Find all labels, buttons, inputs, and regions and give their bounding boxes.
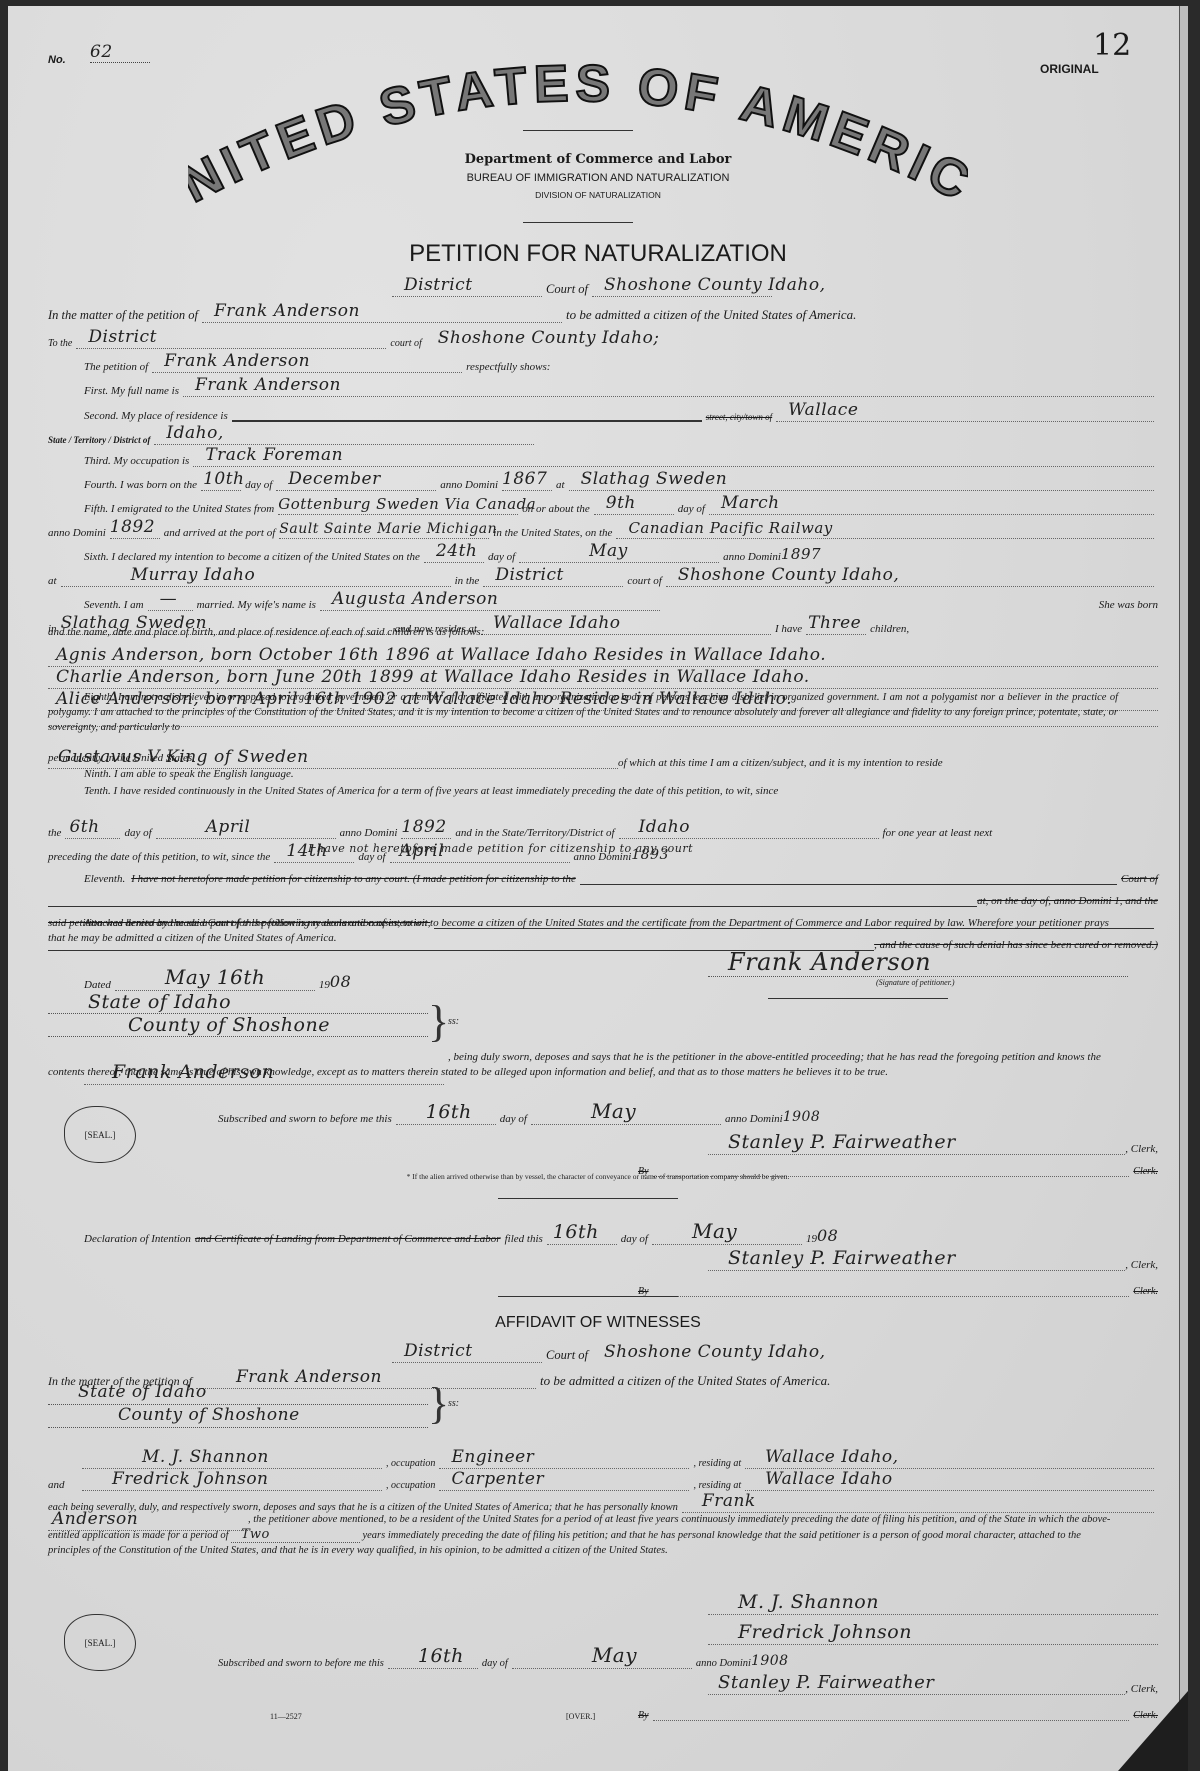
petitioner-signature-line: Frank Anderson xyxy=(708,952,1128,977)
declaration-line: Declaration of Intention and Certificate… xyxy=(84,1224,1158,1245)
divider xyxy=(523,222,633,223)
divider xyxy=(523,130,633,131)
decl-clerk-line: Stanley P. Fairweather , Clerk, xyxy=(708,1250,1158,1271)
witness-residence: Wallace Idaho xyxy=(765,1469,893,1489)
petitioner-signature: Frank Anderson xyxy=(728,948,931,976)
attached-clause: Attached hereto and made a part of this … xyxy=(48,916,1118,946)
children-intro: and the name, date and place of birth, a… xyxy=(48,626,484,638)
eleventh-struck-2: at, on the day of, anno Domini 1, and th… xyxy=(48,886,1158,907)
residence-city: Wallace xyxy=(788,400,858,420)
original-label: ORIGINAL xyxy=(1040,62,1099,76)
over-label: [OVER.] xyxy=(566,1712,595,1721)
eleventh-handwritten: I have not heretofore made petition for … xyxy=(308,842,693,855)
petitioner-name: Frank Anderson xyxy=(214,301,360,321)
department-label: Department of Commerce and Labor xyxy=(8,152,1188,167)
page-edge xyxy=(1179,6,1188,1771)
witness-residence: Wallace Idaho, xyxy=(765,1447,898,1467)
witness-name: M. J. Shannon xyxy=(142,1447,269,1467)
affidavit-deputy-line: By Clerk. xyxy=(638,1700,1158,1721)
clerk-signature: Stanley P. Fairweather xyxy=(728,1131,956,1153)
full-name: Frank Anderson xyxy=(195,375,341,395)
verification-oath: , being duly sworn, deposes and says tha… xyxy=(48,1050,1118,1080)
witness-name: Fredrick Johnson xyxy=(112,1469,269,1489)
verif-subscribed-line: Subscribed and sworn to before me this 1… xyxy=(218,1104,1098,1125)
seal: [SEAL.] xyxy=(64,1614,136,1671)
decl-deputy-line: By Clerk. xyxy=(638,1276,1158,1297)
decl-place-line: at Murray Idaho in the District court of… xyxy=(48,566,1158,587)
fourth-line: Fourth. I was born on the 10th day of De… xyxy=(84,470,1158,491)
wife-name: Augusta Anderson xyxy=(332,589,498,609)
divider xyxy=(498,1296,678,1297)
arrival-line: anno Domini 1892 and arrived at the port… xyxy=(48,518,1158,539)
witness-signature: M. J. Shannon xyxy=(738,1591,879,1613)
affidavit-court-line: District Court of Shoshone County Idaho, xyxy=(388,1342,1158,1363)
witness-occupation: Carpenter xyxy=(451,1469,544,1489)
ninth-clause: Ninth. I am able to speak the English la… xyxy=(84,768,294,780)
witness-row: M. J. Shannon , occupation Engineer , re… xyxy=(48,1448,1158,1469)
affidavit-title: AFFIDAVIT OF WITNESSES xyxy=(8,1314,1188,1332)
divider xyxy=(768,998,948,999)
petition-title: PETITION FOR NATURALIZATION xyxy=(8,240,1188,268)
dated-value: May 16th xyxy=(165,965,265,989)
child-row: Charlie Anderson, born June 20th 1899 at… xyxy=(48,668,1158,689)
affidavit-body: , the petitioner above mentioned, to be … xyxy=(48,1512,1118,1558)
form-number: 11—2527 xyxy=(270,1712,302,1721)
document-number: 62 xyxy=(90,42,150,63)
page-number: 12 xyxy=(1093,28,1131,63)
affidavit-clerk-line: Stanley P. Fairweather , Clerk, xyxy=(708,1674,1158,1695)
court-line: District Court of Shoshone County Idaho, xyxy=(388,276,1158,297)
occupation: Track Foreman xyxy=(205,445,343,465)
state-line: State / Territory / District of Idaho, xyxy=(48,424,1158,445)
witness-signature: Fredrick Johnson xyxy=(738,1621,912,1643)
sovereign-line: Gustavus V King of Sweden of which at th… xyxy=(48,748,1158,769)
document-number-label: No. xyxy=(48,54,66,66)
court-type: District xyxy=(404,275,473,295)
third-line: Third. My occupation is Track Foreman xyxy=(84,446,1158,467)
second-line: Second. My place of residence is street,… xyxy=(84,400,1158,422)
witness-signature-line: Fredrick Johnson xyxy=(708,1624,1158,1645)
dated-line: Dated May 16th 19 08 xyxy=(84,970,414,991)
footnote: * If the alien arrived otherwise than by… xyxy=(8,1172,1188,1181)
tenth-clause: Tenth. I have resided continuously in th… xyxy=(84,785,1118,797)
seal: [SEAL.] xyxy=(64,1106,136,1163)
verif-clerk-line: Stanley P. Fairweather , Clerk, xyxy=(708,1134,1158,1155)
child-row: Agnis Anderson, born October 16th 1896 a… xyxy=(48,646,1158,667)
residence-period: Two xyxy=(231,1527,360,1543)
division-label: DIVISION OF NATURALIZATION xyxy=(8,190,1188,200)
first-line: First. My full name is Frank Anderson xyxy=(84,376,1158,397)
witness-row: and Fredrick Johnson , occupation Carpen… xyxy=(48,1470,1158,1491)
affidavit-subscribed-line: Subscribed and sworn to before me this 1… xyxy=(218,1648,1008,1669)
naturalization-document: No. 62 12 ORIGINAL UNITED STATES OF AMER… xyxy=(8,6,1188,1771)
petition-of-line: The petition of Frank Anderson respectfu… xyxy=(84,352,1158,373)
residence-state: Idaho, xyxy=(166,423,223,443)
eighth-clause: Eighth. I am not a disbeliever in or opp… xyxy=(48,690,1118,735)
court-name: Shoshone County Idaho, xyxy=(604,275,825,295)
eleventh-line: Eleventh. I have not heretofore made pet… xyxy=(84,864,1158,885)
bureau-label: BUREAU OF IMMIGRATION AND NATURALIZATION xyxy=(8,172,1188,184)
sixth-line: Sixth. I declared my intention to become… xyxy=(84,542,1158,563)
fifth-line: Fifth. I emigrated to the United States … xyxy=(84,494,1158,515)
affidavit-venue: State of Idaho County of Shoshone xyxy=(48,1382,428,1428)
witness-occupation: Engineer xyxy=(451,1447,534,1467)
tenth-dates-line: the 6th day of April anno Domini 1892 an… xyxy=(48,818,1158,839)
to-court-line: To the District court of Shoshone County… xyxy=(48,328,1158,349)
witness-signature-line: M. J. Shannon xyxy=(708,1594,1158,1615)
divider xyxy=(498,1198,678,1199)
seventh-line: Seventh. I am — married. My wife's name … xyxy=(84,590,1158,611)
matter-line: In the matter of the petition of Frank A… xyxy=(48,302,1158,323)
